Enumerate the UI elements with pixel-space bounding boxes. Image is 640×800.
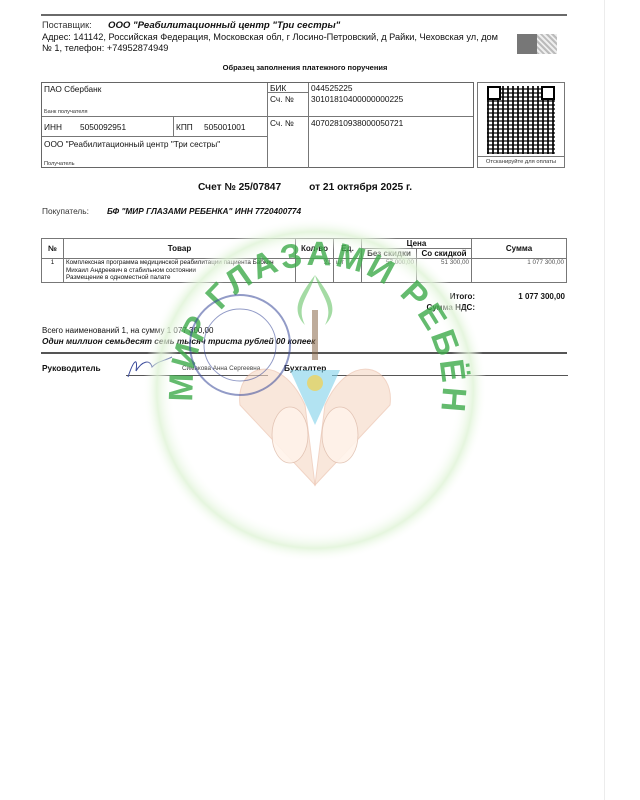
row-item-line: Размещение в одноместной палате [66, 274, 293, 282]
row-item-line: Комплексная программа медицинской реабил… [66, 259, 293, 267]
summary-count: Всего наименований 1, на сумму 1 077 300… [42, 326, 315, 336]
col-item: Товар [64, 239, 296, 259]
corr-account-label: Сч. № [270, 94, 294, 104]
inn-label: ИНН [44, 122, 62, 132]
col-unit: Ед. [334, 239, 362, 259]
corr-account-label-cell: Сч. № [268, 93, 309, 117]
vat-label: Сумма НДС: [380, 303, 475, 314]
bik-label: БИК [270, 83, 286, 93]
col-qty: Кол-во [296, 239, 334, 259]
supplier-block: Поставщик:ООО "Реабилитационный центр "Т… [42, 20, 502, 55]
invoice-number: Счет № 25/07847 [198, 182, 281, 193]
inn-cell: ИНН 5050092951 [42, 117, 174, 137]
director-signature-icon [124, 355, 176, 381]
inn-value: 5050092951 [80, 122, 126, 132]
supplier-logo [517, 34, 557, 54]
director-label: Руководитель [42, 363, 101, 373]
row-unit: шт [334, 259, 362, 283]
accountant-sign-line [332, 375, 568, 376]
table-row: 1 Комплексная программа медицинской реаб… [42, 259, 567, 283]
supplier-address: Адрес: 141142, Российская Федерация, Мос… [42, 32, 502, 44]
page-edge [604, 0, 605, 800]
kpp-label: КПП [176, 122, 193, 132]
amount-in-words: Один миллион семьдесят семь тысяч триста… [42, 336, 315, 346]
account-label: Сч. № [270, 118, 294, 128]
top-divider [41, 14, 567, 16]
bik-value-cell: 044525225 [309, 83, 473, 93]
total-label: Итого: [380, 292, 475, 303]
items-table: № Товар Кол-во Ед. Цена Сумма Без скидки… [41, 238, 567, 283]
row-num: 1 [42, 259, 64, 283]
bank-name: ПАО Сбербанк [44, 84, 101, 94]
col-price: Цена [362, 239, 472, 249]
totals-block: Итого:1 077 300,00 Сумма НДС: [380, 292, 565, 314]
vat-value [475, 303, 565, 314]
account-label-cell: Сч. № [268, 117, 309, 168]
payment-sample-title: Образец заполнения платежного поручения [0, 63, 610, 72]
account-value: 40702810938000050721 [311, 118, 403, 128]
total-value: 1 077 300,00 [475, 292, 565, 303]
bank-caption: Банк получателя [44, 109, 88, 115]
logo-icon [517, 34, 537, 54]
kpp-value: 505001001 [204, 122, 246, 132]
accountant-label: Бухгалтер [284, 363, 326, 373]
bank-details-table: ПАО Сбербанк Банк получателя БИК 0445252… [41, 82, 474, 168]
recipient-cell: ООО "Реабилитационный центр "Три сестры"… [42, 137, 268, 168]
kpp-cell: КПП 505001001 [174, 117, 268, 137]
row-price-no-discount: 57 000,00 [362, 259, 417, 283]
supplier-label: Поставщик: [42, 20, 108, 32]
bank-name-cell: ПАО Сбербанк Банк получателя [42, 83, 268, 117]
row-item: Комплексная программа медицинской реабил… [64, 259, 296, 283]
account-value-cell: 40702810938000050721 [309, 117, 473, 168]
recipient-name: ООО "Реабилитационный центр "Три сестры" [44, 139, 220, 149]
col-price-discount: Со скидкой [417, 249, 472, 259]
invoice-title: Счет № 25/07847от 21 октября 2025 г. [0, 182, 610, 193]
row-sum: 1 077 300,00 [472, 259, 567, 283]
qr-code-icon[interactable] [487, 86, 555, 154]
buyer-label: Покупатель: [42, 206, 107, 216]
invoice-date: от 21 октября 2025 г. [309, 182, 412, 193]
supplier-phone: № 1, телефон: +74952874949 [42, 43, 502, 55]
bik-value: 044525225 [311, 83, 353, 93]
director-name: Симакова Анна Сергеевна [182, 365, 260, 372]
row-qty: 21 [296, 259, 334, 283]
corr-account-value: 30101810400000000225 [311, 94, 403, 104]
row-price-discount: 51 300,00 [417, 259, 472, 283]
bik-label-cell: БИК [268, 83, 309, 93]
qr-caption: Отсканируйте для оплаты [478, 156, 564, 167]
signatures-block: Руководитель Симакова Анна Сергеевна Бух… [42, 361, 568, 381]
recipient-caption: Получатель [44, 161, 75, 167]
buyer-block: Покупатель:БФ "МИР ГЛАЗАМИ РЕБЕНКА" ИНН … [42, 206, 301, 216]
supplier-name: ООО "Реабилитационный центр "Три сестры" [108, 20, 340, 31]
buyer-value: БФ "МИР ГЛАЗАМИ РЕБЕНКА" ИНН 7720400774 [107, 206, 301, 216]
logo-pattern-icon [537, 34, 557, 54]
summary-block: Всего наименований 1, на сумму 1 077 300… [42, 326, 315, 346]
summary-divider [41, 352, 567, 354]
col-num: № [42, 239, 64, 259]
col-sum: Сумма [472, 239, 567, 259]
col-price-no-discount: Без скидки [362, 249, 417, 259]
corr-account-value-cell: 30101810400000000225 [309, 93, 473, 117]
payment-qr-block: Отсканируйте для оплаты [477, 82, 565, 168]
